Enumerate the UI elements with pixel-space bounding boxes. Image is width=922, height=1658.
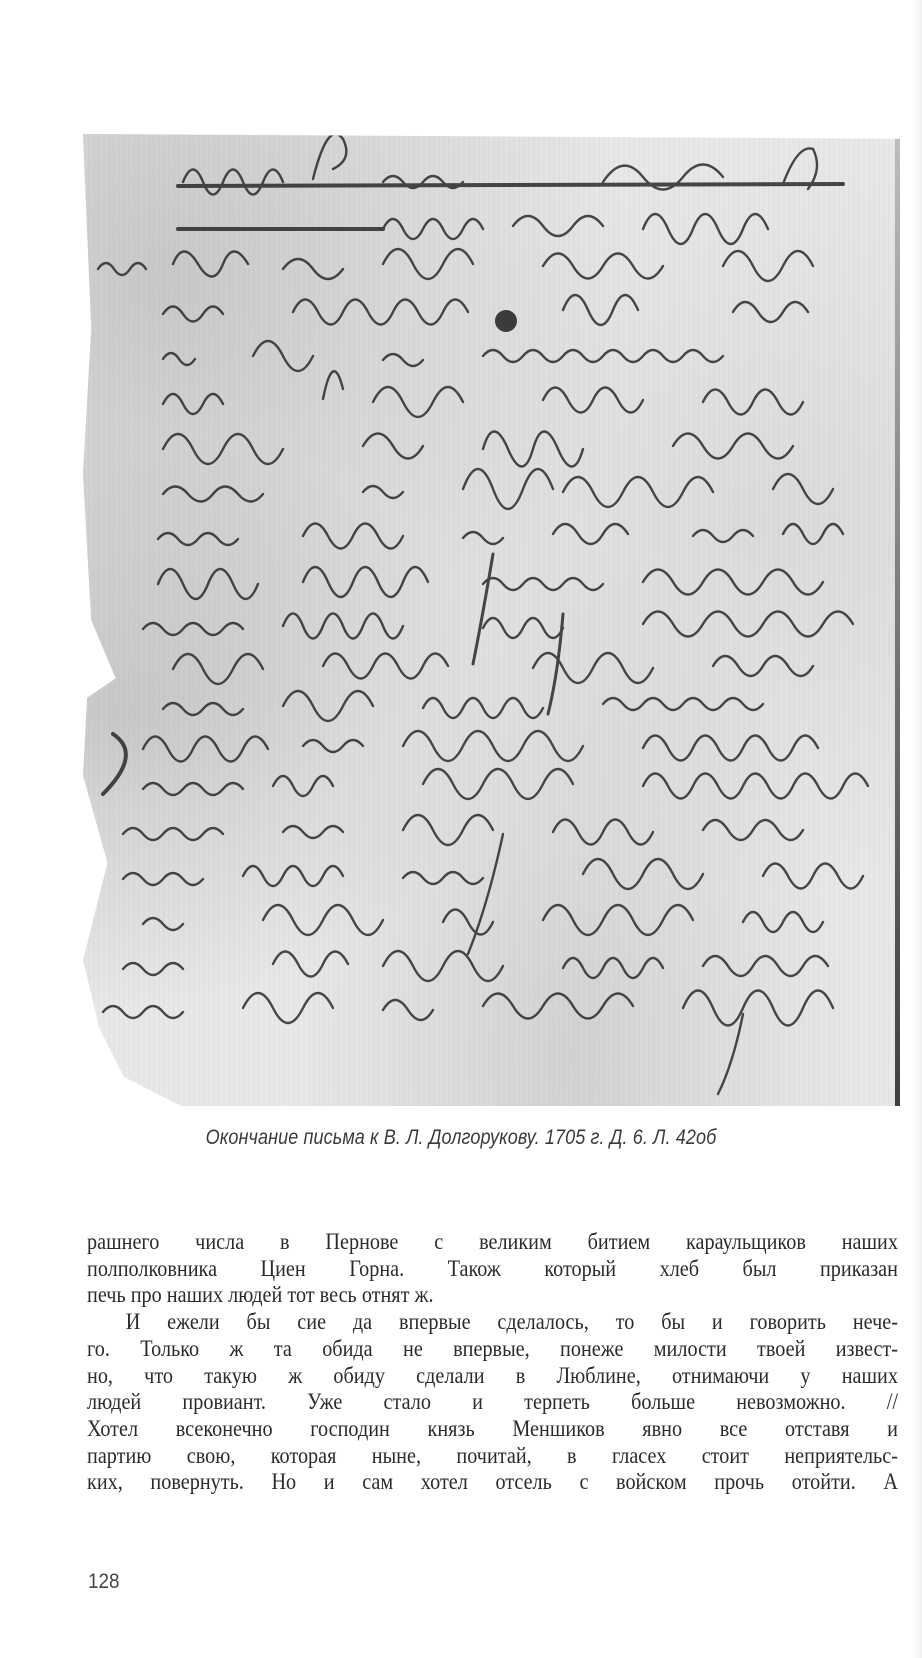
- page-edge: [912, 0, 922, 1658]
- image-edge-shadow: [895, 134, 900, 1106]
- figure-caption: Окончание письма к В. Л. Долгорукову. 17…: [65, 1126, 858, 1150]
- text-line: но, что такую ж обиду сделали в Люблине,…: [87, 1363, 898, 1390]
- handwriting-strokes: [83, 134, 900, 1106]
- text-line: И ежели бы сие да впервые сделалось, то …: [87, 1309, 898, 1336]
- paragraph-1: рашнего числа в Пернове с великим битием…: [87, 1229, 898, 1309]
- body-text: рашнего числа в Пернове с великим битием…: [87, 1229, 898, 1496]
- manuscript-image: [83, 134, 900, 1106]
- text-line: полполковника Циен Горна. Також который …: [87, 1256, 898, 1283]
- text-line: партию свою, которая ныне, почитай, в гл…: [87, 1443, 898, 1470]
- text-line: печь про наших людей тот весь отнят ж.: [87, 1282, 898, 1309]
- text-line: рашнего числа в Пернове с великим битием…: [87, 1229, 898, 1256]
- text-line: го. Только ж та обида не впервые, понеже…: [87, 1336, 898, 1363]
- page-number: 128: [88, 1570, 120, 1594]
- text-line: Хотел всеконечно господин князь Меншиков…: [87, 1416, 898, 1443]
- paragraph-2: И ежели бы сие да впервые сделалось, то …: [87, 1309, 898, 1496]
- ink-blot: [495, 310, 517, 332]
- text-line: людей провиант. Уже стало и терпеть боль…: [87, 1389, 898, 1416]
- text-line: ких, повернуть. Но и сам хотел отсель с …: [87, 1469, 898, 1496]
